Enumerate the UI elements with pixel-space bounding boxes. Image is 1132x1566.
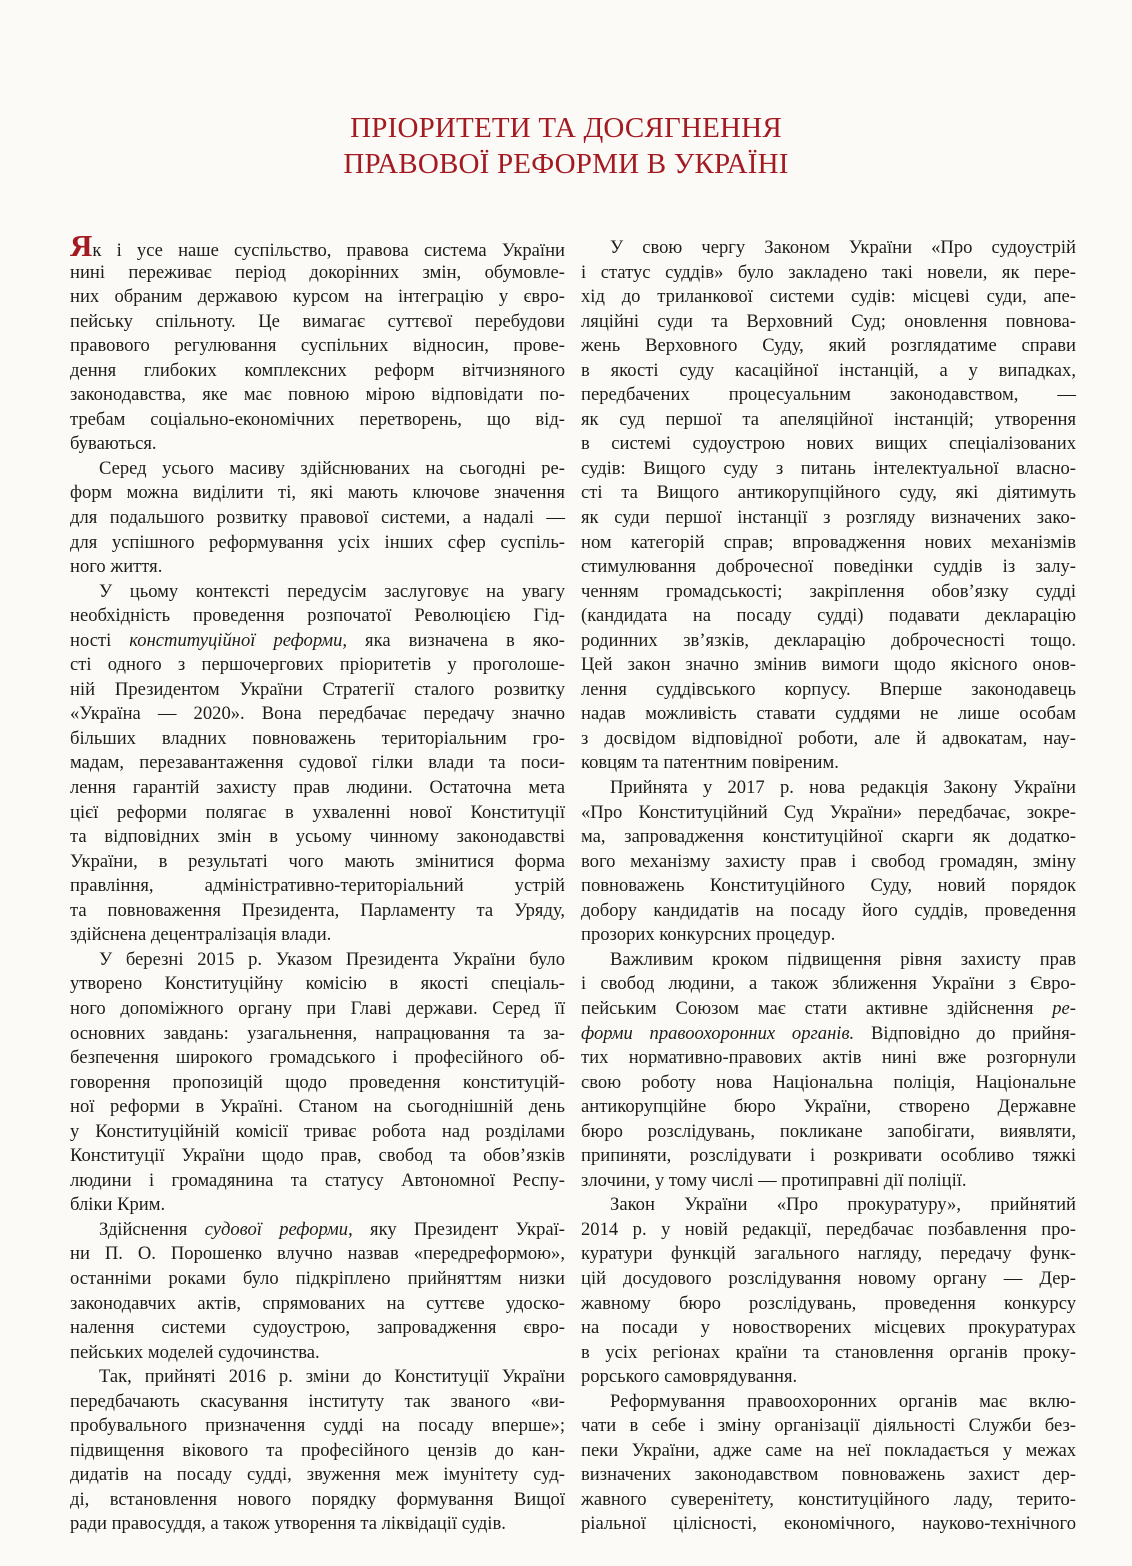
text-line: свою роботу нова Національна поліція, На… — [581, 1071, 1076, 1096]
text-line: утворено Конституційну комісію в якості … — [70, 972, 565, 997]
text-line: пейських моделей судочинства. — [70, 1341, 565, 1366]
text-line: ради правосуддя, а також утворення та лі… — [70, 1512, 565, 1537]
text-line: безпечення широкого громадського і профе… — [70, 1046, 565, 1071]
text-line: припиняти, розслідувати і розкривати осо… — [581, 1144, 1076, 1169]
text-line: чати в себе і зміну організації діяльнос… — [581, 1414, 1076, 1439]
right-column: У свою чергу Законом України «Про судоус… — [581, 236, 1076, 1537]
text-line: бліки Крим. — [70, 1193, 565, 1218]
text-line: визначених законодавством повноважень за… — [581, 1463, 1076, 1488]
text-line: підвищення вікового та професійного ценз… — [70, 1439, 565, 1464]
text-line: законодавства, яке має повною мірою відп… — [70, 383, 565, 408]
text-line: ді, встановлення нового порядку формуван… — [70, 1488, 565, 1513]
text-line: основних завдань: узагальнення, напрацюв… — [70, 1022, 565, 1047]
text-line: законодавчих актів, спрямованих на суттє… — [70, 1292, 565, 1317]
text-line: пейським Союзом має стати активне здійсн… — [581, 997, 1076, 1022]
text-line: передбачають скасування інституту так зв… — [70, 1390, 565, 1415]
text-line: 2014 р. у новій редакції, передбачає поз… — [581, 1218, 1076, 1243]
text-line: ковцям та патентним повіреним. — [581, 751, 1076, 776]
text-line: жавному бюро розслідувань, проведення ко… — [581, 1292, 1076, 1317]
text-line: людини і громадянина та статусу Автономн… — [70, 1169, 565, 1194]
text-line: для подальшого розвитку правової системи… — [70, 506, 565, 531]
text-line: цій досудового розслідування новому орга… — [581, 1267, 1076, 1292]
text-line: «Україна — 2020». Вона передбачає переда… — [70, 702, 565, 727]
text-line: них обраним державою курсом на інтеграці… — [70, 285, 565, 310]
text-line: ного допоміжного органу при Главі держав… — [70, 997, 565, 1022]
text-line: ріальної цілісності, економічного, науко… — [581, 1512, 1076, 1537]
text-line: хід до триланкової системи судів: місцев… — [581, 285, 1076, 310]
drop-cap: Я — [70, 228, 92, 263]
text-line: антикорупційне бюро України, створено Де… — [581, 1095, 1076, 1120]
text-line: лення гарантій захисту прав людини. Оста… — [70, 776, 565, 801]
text-line: дення глибоких комплексних реформ вітчиз… — [70, 359, 565, 384]
text-line: тих нормативно-правових актів нині вже р… — [581, 1046, 1076, 1071]
text-line: У свою чергу Законом України «Про судоус… — [581, 236, 1076, 261]
text-line: дидатів на посаду судді, звуження меж ім… — [70, 1463, 565, 1488]
text-line: передбачених процесуальним законодавство… — [581, 383, 1076, 408]
text-line: правового регулювання суспільних відноси… — [70, 334, 565, 359]
text-line: та повноваження Президента, Парламенту т… — [70, 899, 565, 924]
text-line: більших владних повноважень територіальн… — [70, 727, 565, 752]
text-line: ної реформи в Україні. Станом на сьогодн… — [70, 1095, 565, 1120]
text-line: здійснена децентралізація влади. — [70, 923, 565, 948]
text-line: Цей закон значно змінив вимоги щодо якіс… — [581, 653, 1076, 678]
text-line: на посади у новостворених місцевих проку… — [581, 1316, 1076, 1341]
text-line: (кандидата на посаду судді) подавати дек… — [581, 604, 1076, 629]
text-line: ченням громадськості; закріплення обов’я… — [581, 580, 1076, 605]
text-line: рорського самоврядування. — [581, 1365, 1076, 1390]
page-title-line-2: ПРАВОВОЇ РЕФОРМИ В УКРАЇНІ — [0, 146, 1132, 182]
text-line: повноважень Конституційного Суду, новий … — [581, 874, 1076, 899]
text-line: родинних зв’язків, декларацію доброчесно… — [581, 629, 1076, 654]
text-line: сті одного з першочергових пріоритетів у… — [70, 653, 565, 678]
text-line: жень Верховного Суду, який розглядатиме … — [581, 334, 1076, 359]
text-line: судів: Вищого суду з питань інтелектуаль… — [581, 457, 1076, 482]
text-line: Серед усього масиву здійснюваних на сьог… — [70, 457, 565, 482]
text-line: в усіх регіонах країни та становлення ор… — [581, 1341, 1076, 1366]
text-line: ності конституційної реформи, яка визнач… — [70, 629, 565, 654]
text-line: пеки України, адже саме на неї покладаєт… — [581, 1439, 1076, 1464]
text-line: куратури функцій загального нагляду, пер… — [581, 1242, 1076, 1267]
text-line: і свобод людини, а також зближення Украї… — [581, 972, 1076, 997]
text-line: налення системи судоустрою, запровадженн… — [70, 1316, 565, 1341]
text-line: лення суддівського корпусу. Вперше закон… — [581, 678, 1076, 703]
text-line: України, в результаті чого мають змінити… — [70, 850, 565, 875]
text-line: ного життя. — [70, 555, 565, 580]
text-line: в якості суду касаційної інстанцій, а у … — [581, 359, 1076, 384]
text-line: стимулювання доброчесної поведінки судді… — [581, 555, 1076, 580]
text-line: пробувального призначення судді на посад… — [70, 1414, 565, 1439]
text-line: ни П. О. Порошенко влучно назвав «передр… — [70, 1242, 565, 1267]
text-line: надав можливість ставати суддями не лише… — [581, 702, 1076, 727]
text-line: прозорих конкурсних процедур. — [581, 923, 1076, 948]
text-line: Важливим кроком підвищення рівня захисту… — [581, 948, 1076, 973]
text-line: ма, запровадження конституційної скарги … — [581, 825, 1076, 850]
text-line: та відповідних змін в усьому чинному зак… — [70, 825, 565, 850]
text-line: у Конституційній комісії триває робота н… — [70, 1120, 565, 1145]
text-line: У березні 2015 р. Указом Президента Укра… — [70, 948, 565, 973]
text-line: ном категорій справ; впровадження нових … — [581, 531, 1076, 556]
text-line: сті та Вищого антикорупційного суду, які… — [581, 481, 1076, 506]
text-line: ній Президентом України Стратегії сталог… — [70, 678, 565, 703]
text-line: як суди першої інстанції з розгляду визн… — [581, 506, 1076, 531]
page-title-line-1: ПРІОРИТЕТИ ТА ДОСЯГНЕННЯ — [0, 110, 1132, 146]
text-line: добору кандидатів на посаду його суддів,… — [581, 899, 1076, 924]
text-line: пейську спільноту. Це вимагає суттєвої п… — [70, 310, 565, 335]
text-line: Здійснення судової реформи, яку Президен… — [70, 1218, 565, 1243]
text-line: Прийнята у 2017 р. нова редакція Закону … — [581, 776, 1076, 801]
left-column: Як і усе наше суспільство, правова систе… — [70, 236, 565, 1537]
text-line: в системі судоустрою нових вищих спеціал… — [581, 432, 1076, 457]
text-line: Так, прийняті 2016 р. зміни до Конституц… — [70, 1365, 565, 1390]
text-line: нині переживає період докорінних змін, о… — [70, 261, 565, 286]
text-line: «Про Конституційний Суд України» передба… — [581, 801, 1076, 826]
text-line: Як і усе наше суспільство, правова систе… — [70, 236, 565, 261]
text-line: Конституції України щодо прав, свобод та… — [70, 1144, 565, 1169]
text-line: необхідність проведення розпочатої Револ… — [70, 604, 565, 629]
text-line: говорення пропозицій щодо проведення кон… — [70, 1071, 565, 1096]
text-line: і статус суддів» було закладено такі нов… — [581, 261, 1076, 286]
text-line: форм можна виділити ті, які мають ключов… — [70, 481, 565, 506]
text-line: правління, адміністративно-територіальни… — [70, 874, 565, 899]
text-line: цієї реформи полягає в ухваленні нової К… — [70, 801, 565, 826]
page-title: ПРІОРИТЕТИ ТА ДОСЯГНЕННЯ ПРАВОВОЇ РЕФОРМ… — [0, 110, 1132, 182]
text-line: У цьому контексті передусім заслуговує н… — [70, 580, 565, 605]
text-line: як суд першої та апеляційної інстанцій; … — [581, 408, 1076, 433]
text-line: для успішного реформування усіх інших сф… — [70, 531, 565, 556]
text-line: мадам, перезавантаження судової гілки вл… — [70, 751, 565, 776]
text-line: з досвідом відповідної роботи, але й адв… — [581, 727, 1076, 752]
text-line: вого механізму захисту прав і свобод гро… — [581, 850, 1076, 875]
text-line: форми правоохоронних органів. Відповідно… — [581, 1022, 1076, 1047]
text-line: ляційні суди та Верховний Суд; оновлення… — [581, 310, 1076, 335]
text-line: буваються. — [70, 432, 565, 457]
text-line: жавного суверенітету, конституційного ла… — [581, 1488, 1076, 1513]
text-line: Закон України «Про прокуратуру», прийнят… — [581, 1193, 1076, 1218]
text-line: Реформування правоохоронних органів має … — [581, 1390, 1076, 1415]
text-line: останніми роками було підкріплено прийня… — [70, 1267, 565, 1292]
text-line: бюро розслідувань, покликане запобігати,… — [581, 1120, 1076, 1145]
text-line: злочини, у тому числі — протиправні дії … — [581, 1169, 1076, 1194]
text-line: требам соціально-економічних перетворень… — [70, 408, 565, 433]
